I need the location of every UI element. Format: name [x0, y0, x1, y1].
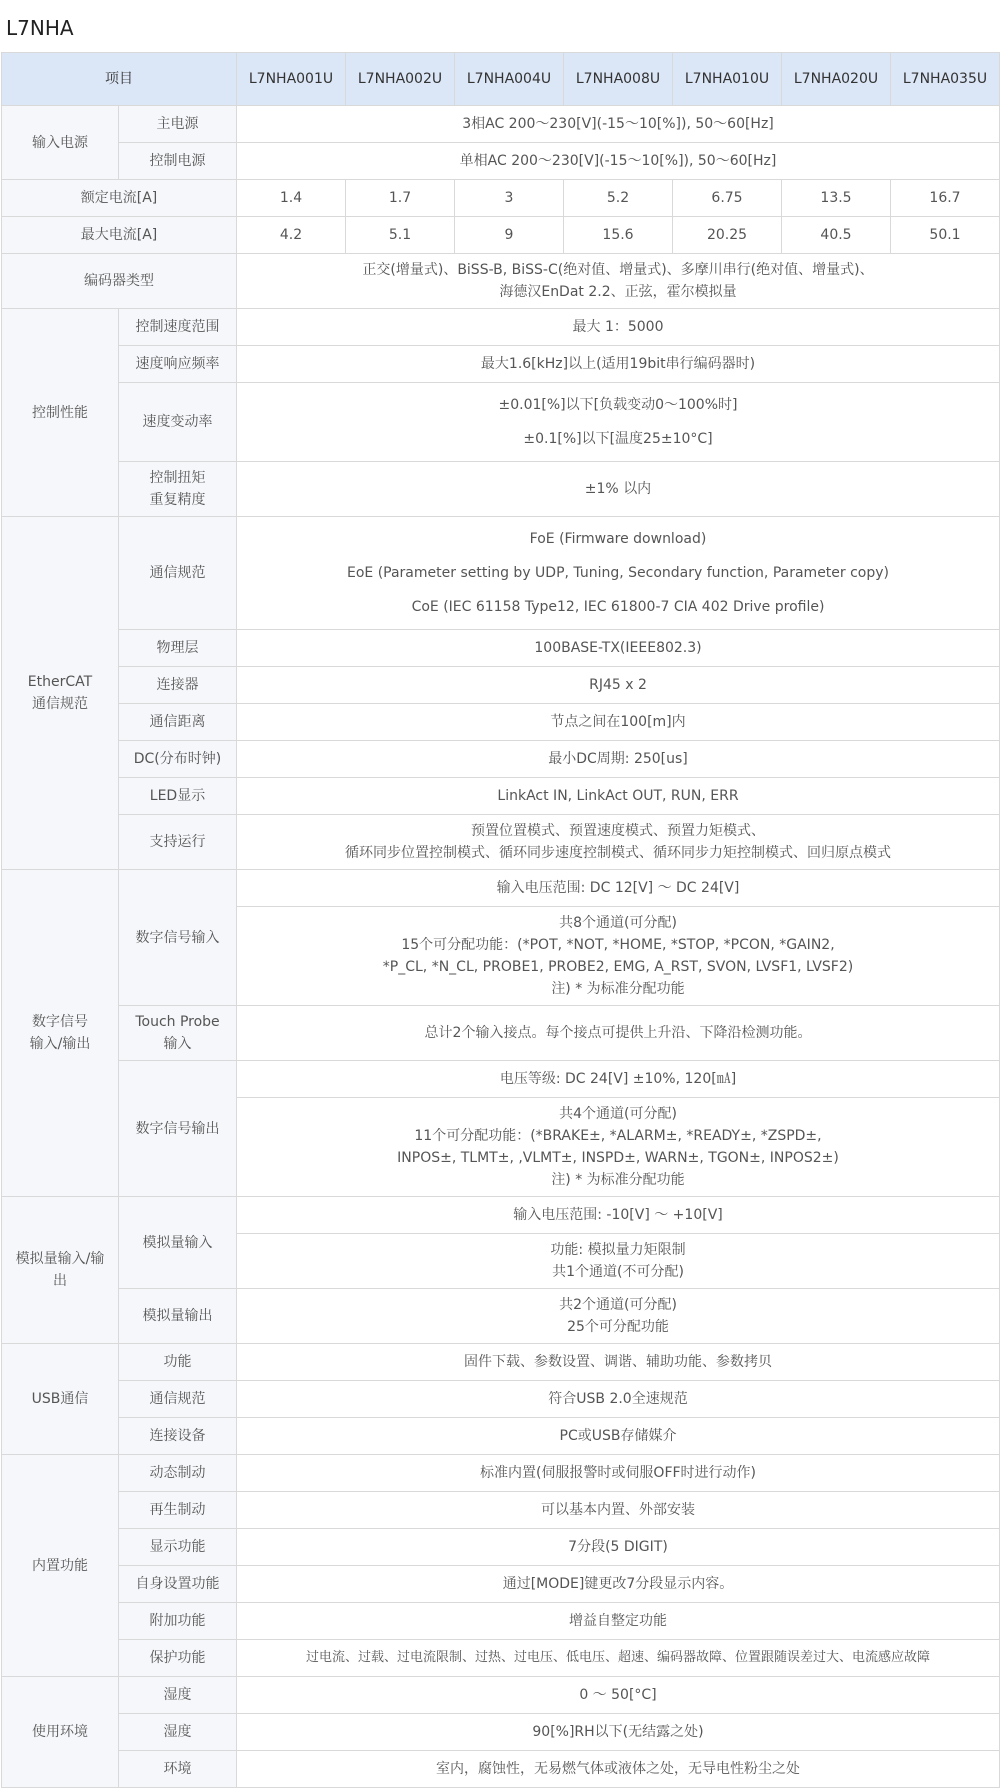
subcategory-label: Touch Probe 输入 — [119, 1006, 237, 1061]
label-line: 数字信号 — [6, 1011, 114, 1033]
label-line: EtherCAT — [6, 671, 114, 693]
table-row: 输入电源 主电源 3相AC 200～230[V](-15～10[%]), 50～… — [2, 106, 1000, 143]
table-row: 物理层 100BASE-TX(IEEE802.3) — [2, 630, 1000, 667]
category-label: 额定电流[A] — [2, 180, 237, 217]
header-row: 项目 L7NHA001U L7NHA002U L7NHA004U L7NHA00… — [2, 53, 1000, 106]
model-header: L7NHA008U — [564, 53, 673, 106]
spec-line: 共1个通道(不可分配) — [241, 1261, 995, 1283]
model-header: L7NHA020U — [782, 53, 891, 106]
table-row: DC(分布时钟) 最小DC周期: 250[us] — [2, 741, 1000, 778]
spec-value: 室内，腐蚀性，无易燃气体或液体之处，无导电性粉尘之处 — [237, 1751, 1000, 1788]
category-label: 内置功能 — [2, 1455, 119, 1677]
spec-value: 3 — [455, 180, 564, 217]
spec-value: 1.7 — [346, 180, 455, 217]
spec-value: 100BASE-TX(IEEE802.3) — [237, 630, 1000, 667]
spec-line: EoE (Parameter setting by UDP, Tuning, S… — [241, 556, 995, 590]
table-row: Touch Probe 输入 总计2个输入接点。每个接点可提供上升沿、下降沿检测… — [2, 1006, 1000, 1061]
subcategory-label: 通信规范 — [119, 517, 237, 630]
subcategory-label: 通信规范 — [119, 1381, 237, 1418]
subcategory-label: 再生制动 — [119, 1492, 237, 1529]
category-label: 编码器类型 — [2, 254, 237, 309]
subcategory-label: 湿度 — [119, 1677, 237, 1714]
subcategory-label: 连接设备 — [119, 1418, 237, 1455]
table-row: 最大电流[A] 4.2 5.1 9 15.6 20.25 40.5 50.1 — [2, 217, 1000, 254]
subcategory-label: 数字信号输出 — [119, 1061, 237, 1197]
category-label: 控制性能 — [2, 309, 119, 517]
spec-line: 共8个通道(可分配) — [241, 912, 995, 934]
model-header: L7NHA035U — [891, 53, 1000, 106]
table-row: 湿度 90[%]RH以下(无结露之处) — [2, 1714, 1000, 1751]
label-line: 出 — [6, 1270, 114, 1292]
table-row: 编码器类型 正交(增量式)、BiSS-B, BiSS-C(绝对值、增量式)、多摩… — [2, 254, 1000, 309]
table-row: 控制电源 单相AC 200～230[V](-15～10[%]), 50～60[H… — [2, 143, 1000, 180]
spec-value: 5.2 — [564, 180, 673, 217]
category-label: 输入电源 — [2, 106, 119, 180]
spec-value: 正交(增量式)、BiSS-B, BiSS-C(绝对值、增量式)、多摩川串行(绝对… — [237, 254, 1000, 309]
subcategory-label: 连接器 — [119, 667, 237, 704]
subcategory-label: 支持运行 — [119, 815, 237, 870]
table-row: LED显示 LinkAct IN, LinkAct OUT, RUN, ERR — [2, 778, 1000, 815]
table-row: EtherCAT 通信规范 通信规范 FoE (Firmware downloa… — [2, 517, 1000, 630]
model-header: L7NHA001U — [237, 53, 346, 106]
spec-line: 预置位置模式、预置速度模式、预置力矩模式、 — [241, 820, 995, 842]
spec-line: FoE (Firmware download) — [241, 522, 995, 556]
table-row: 连接器 RJ45 x 2 — [2, 667, 1000, 704]
spec-value: 共8个通道(可分配) 15个可分配功能：(*POT, *NOT, *HOME, … — [237, 907, 1000, 1006]
label-line: 输入/输出 — [6, 1033, 114, 1055]
table-row: 支持运行 预置位置模式、预置速度模式、预置力矩模式、 循环同步位置控制模式、循环… — [2, 815, 1000, 870]
category-label: 最大电流[A] — [2, 217, 237, 254]
label-line: 控制扭矩 — [123, 467, 232, 489]
subcategory-label: 动态制动 — [119, 1455, 237, 1492]
subcategory-label: 通信距离 — [119, 704, 237, 741]
subcategory-label: 环境 — [119, 1751, 237, 1788]
table-row: 速度响应频率 最大1.6[kHz]以上(适用19bit串行编码器时) — [2, 346, 1000, 383]
spec-value: 标准内置(伺服报警时或伺服OFF时进行动作) — [237, 1455, 1000, 1492]
spec-value: 最小DC周期: 250[us] — [237, 741, 1000, 778]
spec-value: LinkAct IN, LinkAct OUT, RUN, ERR — [237, 778, 1000, 815]
subcategory-label: 控制扭矩 重复精度 — [119, 462, 237, 517]
model-header: L7NHA004U — [455, 53, 564, 106]
table-row: 通信规范 符合USB 2.0全速规范 — [2, 1381, 1000, 1418]
spec-value: 单相AC 200～230[V](-15～10[%]), 50～60[Hz] — [237, 143, 1000, 180]
spec-value: FoE (Firmware download) EoE (Parameter s… — [237, 517, 1000, 630]
spec-value: 总计2个输入接点。每个接点可提供上升沿、下降沿检测功能。 — [237, 1006, 1000, 1061]
spec-value: 3相AC 200～230[V](-15～10[%]), 50～60[Hz] — [237, 106, 1000, 143]
spec-value: 电压等级: DC 24[V] ±10%, 120[㎃] — [237, 1061, 1000, 1098]
spec-line: 共4个通道(可分配) — [241, 1103, 995, 1125]
spec-value: 1.4 — [237, 180, 346, 217]
spec-value: 7分段(5 DIGIT) — [237, 1529, 1000, 1566]
spec-table: 项目 L7NHA001U L7NHA002U L7NHA004U L7NHA00… — [1, 52, 1000, 1788]
spec-line: CoE (IEC 61158 Type12, IEC 61800-7 CIA 4… — [241, 590, 995, 624]
subcategory-label: 自身设置功能 — [119, 1566, 237, 1603]
spec-value: 20.25 — [673, 217, 782, 254]
table-row: 模拟量输入/输 出 模拟量输入 输入电压范围: -10[V] ～ +10[V] — [2, 1197, 1000, 1234]
spec-value: 40.5 — [782, 217, 891, 254]
spec-value: 50.1 — [891, 217, 1000, 254]
table-row: 环境 室内，腐蚀性，无易燃气体或液体之处，无导电性粉尘之处 — [2, 1751, 1000, 1788]
spec-value: 通过[MODE]键更改7分段显示内容。 — [237, 1566, 1000, 1603]
subcategory-label: 模拟量输出 — [119, 1289, 237, 1344]
spec-line: 共2个通道(可分配) — [241, 1294, 995, 1316]
subcategory-label: 控制速度范围 — [119, 309, 237, 346]
model-header: L7NHA002U — [346, 53, 455, 106]
table-row: 保护功能 过电流、过载、过电流限制、过热、过电压、低电压、超速、编码器故障、位置… — [2, 1640, 1000, 1677]
model-header: L7NHA010U — [673, 53, 782, 106]
spec-value: 0 ～ 50[°C] — [237, 1677, 1000, 1714]
spec-value: 输入电压范围: -10[V] ～ +10[V] — [237, 1197, 1000, 1234]
spec-line: INPOS±, TLMT±, ,VLMT±, INSPD±, WARN±, TG… — [241, 1147, 995, 1169]
spec-value: 共4个通道(可分配) 11个可分配功能：(*BRAKE±, *ALARM±, *… — [237, 1098, 1000, 1197]
table-row: 通信距离 节点之间在100[m]内 — [2, 704, 1000, 741]
table-row: 附加功能 增益自整定功能 — [2, 1603, 1000, 1640]
spec-value: 最大 1：5000 — [237, 309, 1000, 346]
spec-value: 最大1.6[kHz]以上(适用19bit串行编码器时) — [237, 346, 1000, 383]
subcategory-label: 模拟量输入 — [119, 1197, 237, 1289]
spec-value: 固件下载、参数设置、调谐、辅助功能、参数拷贝 — [237, 1344, 1000, 1381]
spec-value: 输入电压范围: DC 12[V] ～ DC 24[V] — [237, 870, 1000, 907]
subcategory-label: 速度变动率 — [119, 383, 237, 462]
subcategory-label: 显示功能 — [119, 1529, 237, 1566]
table-row: 自身设置功能 通过[MODE]键更改7分段显示内容。 — [2, 1566, 1000, 1603]
spec-value: 共2个通道(可分配) 25个可分配功能 — [237, 1289, 1000, 1344]
spec-value: PC或USB存储媒介 — [237, 1418, 1000, 1455]
table-row: 数字信号 输入/输出 数字信号输入 输入电压范围: DC 12[V] ～ DC … — [2, 870, 1000, 907]
label-line: 重复精度 — [123, 489, 232, 511]
spec-line: 海德汉EnDat 2.2、正弦，霍尔模拟量 — [241, 281, 995, 303]
spec-value: 90[%]RH以下(无结露之处) — [237, 1714, 1000, 1751]
table-row: 速度变动率 ±0.01[%]以下[负载变动0～100%时] ±0.1[%]以下[… — [2, 383, 1000, 462]
label-line: Touch Probe — [123, 1011, 232, 1033]
subcategory-label: 速度响应频率 — [119, 346, 237, 383]
table-row: 显示功能 7分段(5 DIGIT) — [2, 1529, 1000, 1566]
table-row: 控制扭矩 重复精度 ±1% 以内 — [2, 462, 1000, 517]
label-line: 输入 — [123, 1033, 232, 1055]
subcategory-label: 数字信号输入 — [119, 870, 237, 1006]
table-row: 模拟量输出 共2个通道(可分配) 25个可分配功能 — [2, 1289, 1000, 1344]
table-row: USB通信 功能 固件下载、参数设置、调谐、辅助功能、参数拷贝 — [2, 1344, 1000, 1381]
label-line: 通信规范 — [6, 693, 114, 715]
table-row: 使用环境 湿度 0 ～ 50[°C] — [2, 1677, 1000, 1714]
spec-line: ±0.1[%]以下[温度25±10°C] — [241, 422, 995, 456]
spec-value: 4.2 — [237, 217, 346, 254]
page-title: L7NHA — [0, 0, 1000, 52]
spec-line: 注) * 为标准分配功能 — [241, 978, 995, 1000]
subcategory-label: 控制电源 — [119, 143, 237, 180]
subcategory-label: 湿度 — [119, 1714, 237, 1751]
spec-value: 节点之间在100[m]内 — [237, 704, 1000, 741]
subcategory-label: DC(分布时钟) — [119, 741, 237, 778]
spec-value: 9 — [455, 217, 564, 254]
spec-line: 注) * 为标准分配功能 — [241, 1169, 995, 1191]
subcategory-label: 物理层 — [119, 630, 237, 667]
subcategory-label: LED显示 — [119, 778, 237, 815]
spec-value: 过电流、过载、过电流限制、过热、过电压、低电压、超速、编码器故障、位置跟随误差过… — [237, 1640, 1000, 1677]
table-row: 额定电流[A] 1.4 1.7 3 5.2 6.75 13.5 16.7 — [2, 180, 1000, 217]
table-row: 再生制动 可以基本内置、外部安装 — [2, 1492, 1000, 1529]
spec-value: 符合USB 2.0全速规范 — [237, 1381, 1000, 1418]
subcategory-label: 保护功能 — [119, 1640, 237, 1677]
spec-value: ±1% 以内 — [237, 462, 1000, 517]
spec-value: ±0.01[%]以下[负载变动0～100%时] ±0.1[%]以下[温度25±1… — [237, 383, 1000, 462]
subcategory-label: 附加功能 — [119, 1603, 237, 1640]
category-label: 使用环境 — [2, 1677, 119, 1788]
spec-line: ±0.01[%]以下[负载变动0～100%时] — [241, 388, 995, 422]
category-label: 模拟量输入/输 出 — [2, 1197, 119, 1344]
table-row: 内置功能 动态制动 标准内置(伺服报警时或伺服OFF时进行动作) — [2, 1455, 1000, 1492]
spec-line: 正交(增量式)、BiSS-B, BiSS-C(绝对值、增量式)、多摩川串行(绝对… — [241, 259, 995, 281]
spec-value: 16.7 — [891, 180, 1000, 217]
category-label: USB通信 — [2, 1344, 119, 1455]
spec-line: 11个可分配功能：(*BRAKE±, *ALARM±, *READY±, *ZS… — [241, 1125, 995, 1147]
spec-value: 功能: 模拟量力矩限制 共1个通道(不可分配) — [237, 1234, 1000, 1289]
subcategory-label: 主电源 — [119, 106, 237, 143]
spec-line: 循环同步位置控制模式、循环同步速度控制模式、循环同步力矩控制模式、回归原点模式 — [241, 842, 995, 864]
spec-line: *P_CL, *N_CL, PROBE1, PROBE2, EMG, A_RST… — [241, 956, 995, 978]
spec-value: RJ45 x 2 — [237, 667, 1000, 704]
subcategory-label: 功能 — [119, 1344, 237, 1381]
spec-value: 6.75 — [673, 180, 782, 217]
spec-value: 增益自整定功能 — [237, 1603, 1000, 1640]
table-row: 控制性能 控制速度范围 最大 1：5000 — [2, 309, 1000, 346]
spec-value: 13.5 — [782, 180, 891, 217]
category-label: EtherCAT 通信规范 — [2, 517, 119, 870]
spec-line: 15个可分配功能：(*POT, *NOT, *HOME, *STOP, *PCO… — [241, 934, 995, 956]
spec-value: 5.1 — [346, 217, 455, 254]
spec-line: 25个可分配功能 — [241, 1316, 995, 1338]
table-row: 数字信号输出 电压等级: DC 24[V] ±10%, 120[㎃] — [2, 1061, 1000, 1098]
label-line: 模拟量输入/输 — [6, 1248, 114, 1270]
item-header: 项目 — [2, 53, 237, 106]
spec-line: 功能: 模拟量力矩限制 — [241, 1239, 995, 1261]
category-label: 数字信号 输入/输出 — [2, 870, 119, 1197]
spec-value: 15.6 — [564, 217, 673, 254]
table-row: 连接设备 PC或USB存储媒介 — [2, 1418, 1000, 1455]
spec-value: 可以基本内置、外部安装 — [237, 1492, 1000, 1529]
spec-value: 预置位置模式、预置速度模式、预置力矩模式、 循环同步位置控制模式、循环同步速度控… — [237, 815, 1000, 870]
